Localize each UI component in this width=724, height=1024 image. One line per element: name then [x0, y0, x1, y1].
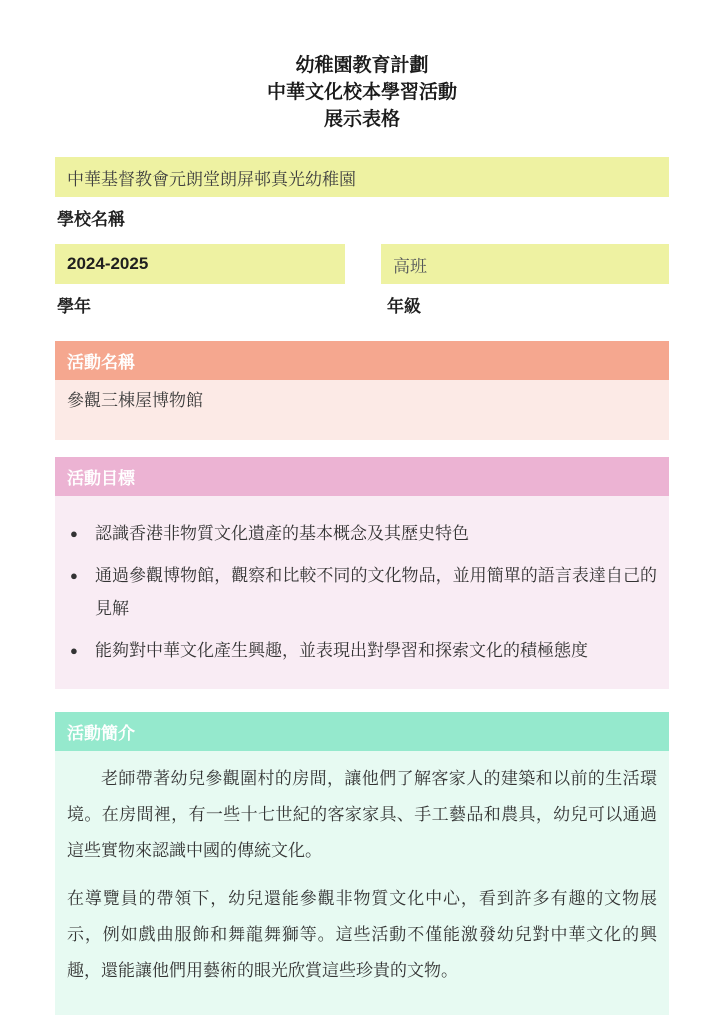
page-title-line-3: 展示表格	[55, 106, 669, 133]
grade-label: 年級	[387, 296, 667, 318]
school-year-label: 學年	[57, 296, 347, 318]
objectives-heading: 活動目標	[67, 464, 135, 489]
school-name-label: 學校名稱	[57, 209, 667, 231]
bullet-icon: ●	[67, 559, 95, 625]
page-title-line-1: 幼稚園教育計劃	[55, 52, 669, 79]
objective-text: 能夠對中華文化產生興趣，並表現出對學習和探索文化的積極態度	[95, 634, 657, 667]
school-name-value: 中華基督教會元朗堂朗屏邨真光幼稚園	[67, 165, 356, 190]
objectives-header: 活動目標	[55, 457, 669, 496]
objective-text: 認識香港非物質文化遺產的基本概念及其歷史特色	[95, 517, 657, 550]
activity-name-header: 活動名稱	[55, 341, 669, 380]
introduction-heading: 活動簡介	[67, 719, 135, 744]
activity-name-heading: 活動名稱	[67, 348, 135, 373]
objective-text: 通過參觀博物館，觀察和比較不同的文化物品，並用簡單的語言表達自己的見解	[95, 559, 657, 625]
objectives-list: ● 認識香港非物質文化遺產的基本概念及其歷史特色 ● 通過參觀博物館，觀察和比較…	[67, 517, 657, 667]
objective-item: ● 能夠對中華文化產生興趣，並表現出對學習和探索文化的積極態度	[67, 634, 657, 667]
document-page: 幼稚園教育計劃 中華文化校本學習活動 展示表格 中華基督教會元朗堂朗屏邨真光幼稚…	[0, 0, 724, 1024]
school-name-banner: 中華基督教會元朗堂朗屏邨真光幼稚園	[55, 157, 669, 197]
activity-name-value: 參觀三棟屋博物館	[67, 391, 203, 410]
introduction-paragraph-2: 在導覽員的帶領下，幼兒還能參觀非物質文化中心，看到許多有趣的文物展示，例如戲曲服…	[67, 881, 657, 989]
objective-item: ● 認識香港非物質文化遺產的基本概念及其歷史特色	[67, 517, 657, 550]
year-grade-labels-row: 學年 年級	[55, 284, 669, 331]
objective-item: ● 通過參觀博物館，觀察和比較不同的文化物品，並用簡單的語言表達自己的見解	[67, 559, 657, 625]
grade-value: 高班	[393, 252, 427, 277]
bullet-icon: ●	[67, 517, 95, 550]
school-year-value-box: 2024-2025	[55, 244, 345, 284]
grade-value-box: 高班	[381, 244, 669, 284]
page-title: 幼稚園教育計劃 中華文化校本學習活動 展示表格	[55, 52, 669, 133]
page-title-line-2: 中華文化校本學習活動	[55, 79, 669, 106]
year-grade-row: 2024-2025 高班	[55, 244, 669, 284]
introduction-body: 老師帶著幼兒參觀圍村的房間，讓他們了解客家人的建築和以前的生活環境。在房間裡，有…	[55, 751, 669, 1015]
objectives-body: ● 認識香港非物質文化遺產的基本概念及其歷史特色 ● 通過參觀博物館，觀察和比較…	[55, 496, 669, 689]
introduction-paragraph-1: 老師帶著幼兒參觀圍村的房間，讓他們了解客家人的建築和以前的生活環境。在房間裡，有…	[67, 761, 657, 869]
bullet-icon: ●	[67, 634, 95, 667]
school-year-value: 2024-2025	[67, 254, 148, 274]
activity-name-body: 參觀三棟屋博物館	[55, 380, 669, 440]
introduction-header: 活動簡介	[55, 712, 669, 751]
